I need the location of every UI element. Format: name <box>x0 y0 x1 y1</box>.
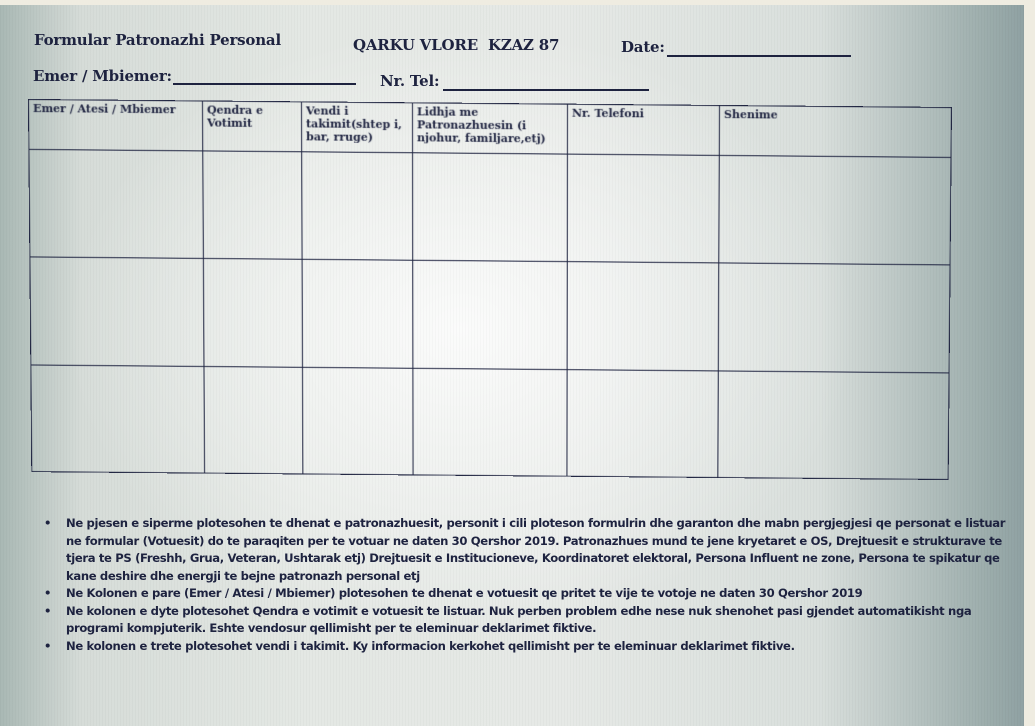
column-header-notes: Shenime <box>719 106 951 158</box>
form-title: Formular Patronazhi Personal <box>34 31 281 49</box>
column-header-polling-center: Qendra e Votimit <box>202 101 301 152</box>
column-header-meeting-place: Vendi i takimit(shtep i, bar, rruge) <box>301 102 412 153</box>
cell-meeting-place[interactable] <box>302 260 413 368</box>
name-field[interactable] <box>173 83 356 85</box>
table-row <box>29 149 951 265</box>
cell-polling-center[interactable] <box>203 151 302 260</box>
cell-relation[interactable] <box>413 153 568 262</box>
column-header-name: Emer / Atesi / Mbiemer <box>28 99 202 150</box>
cell-polling-center[interactable] <box>203 259 302 367</box>
instruction-item: • Ne kolonen e trete plotesohet vendi i … <box>40 638 1010 656</box>
bullet-icon: • <box>44 638 51 656</box>
cell-notes[interactable] <box>718 263 950 372</box>
phone-label: Nr. Tel: <box>380 72 439 90</box>
cell-relation[interactable] <box>413 368 567 476</box>
date-label: Date: <box>621 38 665 56</box>
phone-field[interactable] <box>443 89 649 91</box>
instruction-text: Ne kolonen e trete plotesohet vendi i ta… <box>66 639 795 653</box>
cell-meeting-place[interactable] <box>302 367 413 475</box>
region-label: QARKU VLORE <box>353 36 478 54</box>
instruction-text: Ne Kolonen e pare (Emer / Atesi / Mbieme… <box>66 586 862 600</box>
bullet-icon: • <box>44 515 51 533</box>
instruction-item: • Ne pjesen e siperme plotesohen te dhen… <box>40 515 1010 585</box>
column-header-phone: Nr. Telefoni <box>567 104 719 155</box>
cell-name[interactable] <box>30 257 204 366</box>
cell-notes[interactable] <box>718 371 949 480</box>
table-header-row: Emer / Atesi / Mbiemer Qendra e Votimit … <box>28 99 951 157</box>
cell-relation[interactable] <box>413 261 568 370</box>
instructions-list: • Ne pjesen e siperme plotesohen te dhen… <box>40 515 1010 655</box>
cell-name[interactable] <box>29 149 203 258</box>
instruction-item: • Ne kolonen e dyte plotesohet Qendra e … <box>40 603 1010 638</box>
voter-table: Emer / Atesi / Mbiemer Qendra e Votimit … <box>28 99 952 480</box>
date-field[interactable] <box>667 55 851 57</box>
table-row <box>30 257 950 372</box>
cell-phone[interactable] <box>567 154 719 263</box>
bullet-icon: • <box>44 585 51 603</box>
column-header-relation: Lidhja me Patronazhuesin (i njohur, fami… <box>412 103 567 154</box>
cell-phone[interactable] <box>567 262 719 371</box>
bullet-icon: • <box>44 603 51 621</box>
table-row <box>31 365 949 480</box>
form-photo: Formular Patronazhi Personal QARKU VLORE… <box>0 5 1024 726</box>
instruction-text: Ne pjesen e siperme plotesohen te dhenat… <box>66 516 1005 583</box>
cell-polling-center[interactable] <box>204 366 303 474</box>
name-label: Emer / Mbiemer: <box>33 67 172 85</box>
cell-phone[interactable] <box>567 369 718 477</box>
instruction-item: • Ne Kolonen e pare (Emer / Atesi / Mbie… <box>40 585 1010 603</box>
zone-label: KZAZ 87 <box>488 36 559 54</box>
cell-meeting-place[interactable] <box>302 152 413 261</box>
cell-name[interactable] <box>31 365 205 473</box>
cell-notes[interactable] <box>719 155 951 265</box>
instruction-text: Ne kolonen e dyte plotesohet Qendra e vo… <box>66 604 971 636</box>
